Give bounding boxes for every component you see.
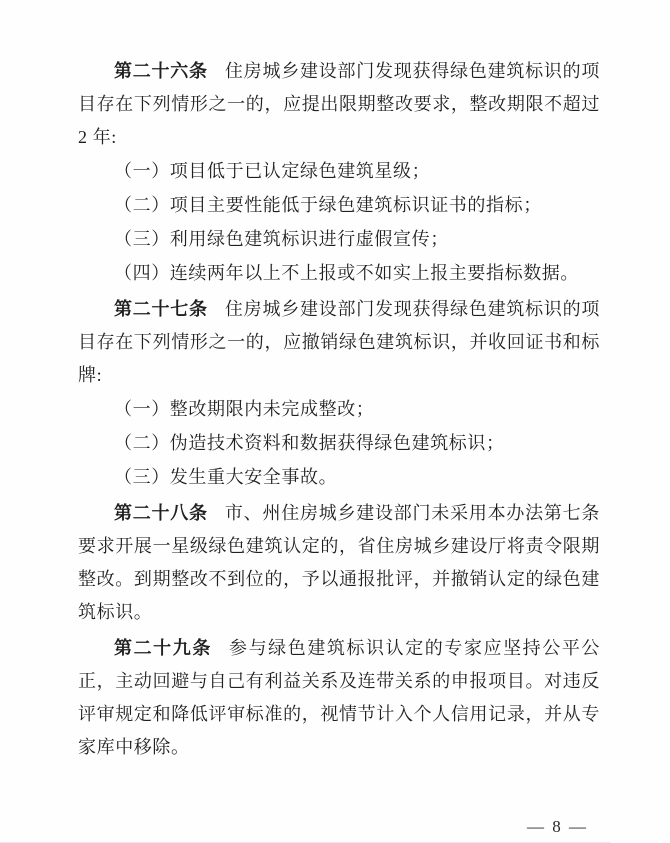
article-27-number: 第二十七条 [114, 299, 208, 319]
article-29-paragraph: 第二十九条参与绿色建筑标识认定的专家应坚持公平公正，主动回避与自己有利益关系及连… [78, 632, 600, 764]
article-28-paragraph: 第二十八条市、州住房城乡建设部门未采用本办法第七条要求开展一星级绿色建筑认定的，… [78, 497, 600, 629]
list-item-4: （四）连续两年以上不上报或不如实上报主要指标数据。 [78, 257, 600, 290]
article-28-number: 第二十八条 [114, 503, 208, 523]
document-body: 第二十六条住房城乡建设部门发现获得绿色建筑标识的项目存在下列情形之一的，应提出限… [78, 52, 600, 764]
article-26-number: 第二十六条 [114, 61, 208, 81]
list-item-6: （二）伪造技术资料和数据获得绿色建筑标识； [78, 427, 600, 460]
document-page: 第二十六条住房城乡建设部门发现获得绿色建筑标识的项目存在下列情形之一的，应提出限… [0, 0, 670, 843]
list-item-5: （一）整改期限内未完成整改； [78, 393, 600, 426]
article-29-number: 第二十九条 [114, 638, 212, 658]
list-item-1: （一）项目低于已认定绿色建筑星级； [78, 155, 600, 188]
article-26-paragraph: 第二十六条住房城乡建设部门发现获得绿色建筑标识的项目存在下列情形之一的，应提出限… [78, 55, 600, 154]
list-item-3: （三）利用绿色建筑标识进行虚假宣传； [78, 223, 600, 256]
list-item-7: （三）发生重大安全事故。 [78, 461, 600, 494]
article-27-paragraph: 第二十七条住房城乡建设部门发现获得绿色建筑标识的项目存在下列情形之一的，应撤销绿… [78, 293, 600, 392]
list-item-2: （二）项目主要性能低于绿色建筑标识证书的指标； [78, 189, 600, 222]
page-number: — 8 — [527, 817, 588, 837]
